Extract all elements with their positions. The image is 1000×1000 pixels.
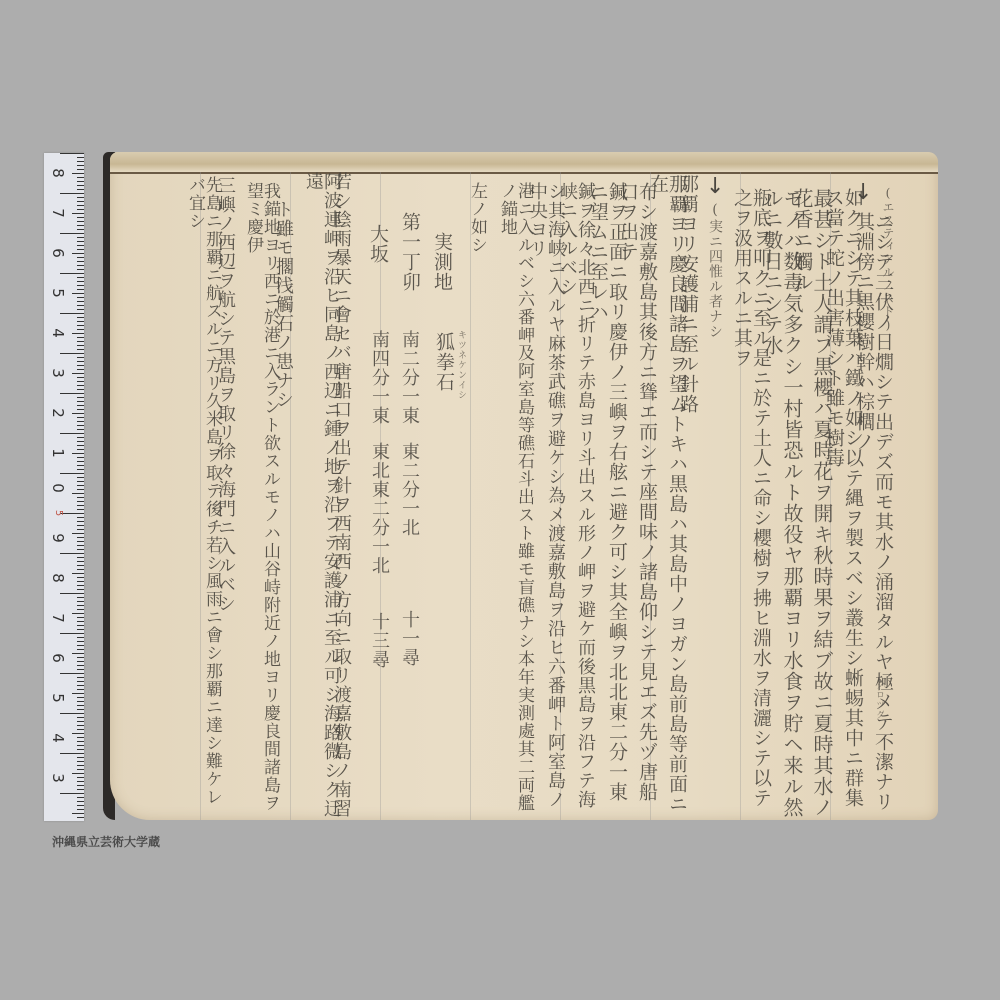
ruler-label: 8 (48, 568, 68, 588)
ruler-label: 7 (48, 203, 68, 223)
table-cell: 十一尋 (400, 610, 418, 667)
text-column: 瓶底ヲ叩クニ至ル是ニ於テ土人ニ命シ櫻樹ヲ拂ヒ淵水ヲ清灑シテ以テ之ヲ汲用スルニ其ヲ (732, 188, 770, 820)
arrow-down-icon: ↓ (706, 174, 724, 199)
ruler-label: 4 (48, 728, 68, 748)
table-cell: 十三尋 (370, 612, 388, 669)
ruler-label: 6 (48, 648, 68, 668)
table-cell: 南二分一東 (400, 330, 418, 425)
collection-credit-caption: 沖縄県立芸術大学蔵 (52, 833, 160, 850)
ruby-annotation: クロツグ (874, 680, 883, 720)
notebook-page: (エスティアルノスト) ↓ ニシテ三伏ノ日燗シテ出デズ而モ其水ノ涌溜タルヤ極メテ… (110, 152, 938, 820)
ruler-label: 5 (48, 283, 68, 303)
table-row-label: 第一丁卯 (400, 212, 419, 292)
text-column: 港ニ入ルベシ六番岬及阿室島等礁石斗出スト雖モ盲礁ナシ本年実測處其二両艦ノ錨地 (498, 182, 532, 820)
ruby-annotation: キツネケンイシ (456, 330, 465, 400)
ruler-label: 9 (48, 528, 68, 548)
ruler-label: 7 (48, 608, 68, 628)
ruler-label: 2 (48, 403, 68, 423)
table-cell: 南四分一東 (370, 330, 388, 425)
ruler-label: 6 (48, 243, 68, 263)
text-column: 左ノ如シ (468, 182, 485, 254)
previous-page-edge (110, 152, 938, 174)
measurement-ruler: 8 7 6 5 4 3 2 1 0 5 9 8 7 6 5 4 3 (44, 153, 84, 821)
ruler-label: 1 (48, 443, 68, 463)
table-cell: 東二分一北 (400, 442, 418, 537)
ruler-label: 8 (48, 163, 68, 183)
ruler-label: 5 (48, 688, 68, 708)
table-header: 実測地 (432, 232, 451, 292)
table-cell: 東北東二分一北 (370, 442, 388, 575)
ruler-label: 4 (48, 323, 68, 343)
text-column: (実ニ四惟ル者ナシ (708, 202, 722, 339)
table-cell: 狐拳石 (434, 332, 453, 392)
table-row-label: 大坂 (368, 224, 387, 264)
ruler-label: 3 (48, 363, 68, 383)
text-column: 先島ニ那覇ニ航スルニ方リ久米島ヲ取テ後チ若シ風雨ニ會シ那覇ニ達シ難ケレバ宜シ (186, 176, 220, 820)
ruler-label: 3 (48, 768, 68, 788)
ruler-label-red: 5 (48, 503, 68, 523)
text-column: 阿波連岬ヲ沿ヒ同島ノ西辺ニ鍾ノ地ヲ沿フテ安護浦ニ至ル可シ海路微シク迂遠 (304, 172, 340, 820)
page-rule-line (470, 172, 471, 820)
ruler-label: 0 (48, 478, 68, 498)
text-column: 我錨地ヨリ西ニ於港ニ入ラント欲スルモノハ山谷峙附近ノ地ヨリ慶良間諸島ヲ望ミ慶伊 (244, 182, 278, 820)
